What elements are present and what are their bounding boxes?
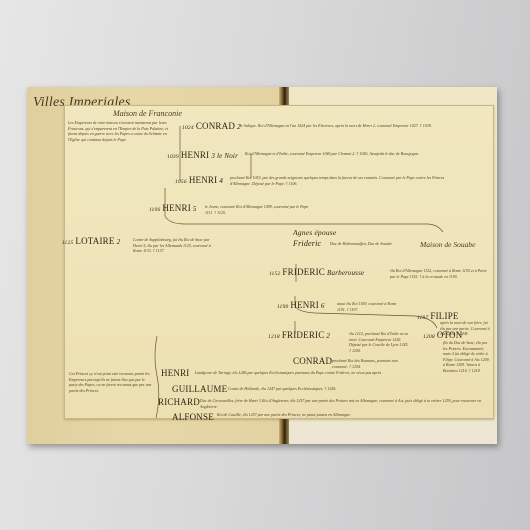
entry-henri-4: 1056HENRI4 (175, 175, 223, 185)
agnes-label: Agnes épouse (293, 228, 336, 237)
intro-note: Les Empereurs de cette maison s'estoient… (68, 120, 176, 142)
entry-henri-6: 1190HENRI6 (277, 300, 325, 310)
contested-alfonse-note: Roi de Castille, élu 1257 par une partie… (217, 412, 487, 418)
entry-lotaire: 1125LOTAIRE2 (62, 236, 120, 246)
contested-note: Ces Princes cy n'ont point esté reconnus… (69, 371, 153, 393)
entry-oton: 1208OTON (423, 330, 462, 340)
genealogy-sheet: Maison de Franconie Les Empereurs de cet… (64, 105, 494, 419)
entry-frideric-barberousse-note: élu Roi d'Allemagne 1152, couronné à Rom… (390, 268, 490, 279)
contested-guillaume-note: Comte de Hollande, élu 1247 par quelques… (228, 386, 488, 392)
entry-frideric-souabe: Frideric (293, 239, 321, 248)
entry-henri-6-note: aussi élu Roi 1169, couronné à Rome 1191… (337, 301, 403, 312)
contested-henri-note: Landgrave de Turinge, élu 1246 par quelq… (195, 370, 490, 376)
entry-conrad-2: 1024CONRAD2 (182, 121, 241, 131)
entry-henri-4-note: proclamé Roi 1053, par des grands seigne… (230, 175, 460, 186)
entry-conrad-2-note: le Salique. Roi d'Allemagne en l'an 1024… (240, 123, 488, 129)
entry-lotaire-note: Comte de Supplinbourg, fut élu Roi de Sa… (133, 237, 211, 254)
entry-frideric-2-note: élu 1212, proclamé Roi d'Italie en sa mo… (349, 331, 411, 353)
entry-henri-5-note: le Jeune, couronné Roi d'Allemagne 1099,… (205, 204, 315, 215)
contested-alfonse: ALFONSE (172, 412, 214, 422)
entry-frideric-souabe-note: Duc de Hohenstauffen, Duc de Souabe (330, 241, 410, 247)
entry-conrad-4: CONRAD (293, 356, 332, 366)
poster: Villes Imperiales Maison de Franconie Le… (27, 87, 497, 444)
entry-conrad-4-note: proclamé Roi des Romains, pourtant non c… (332, 358, 412, 369)
entry-henri-5: 1106HENRI5 (149, 203, 197, 213)
entry-oton-note: fils du Duc de Saxe, élu par les Princes… (443, 340, 491, 373)
contested-henri: HENRI (161, 368, 190, 378)
contested-guillaume: GUILLAUME (172, 384, 227, 394)
house-souabe-label: Maison de Souabe (420, 240, 475, 249)
contested-richard-note: Duc de Cornouailles, frère de Henri 3 Ro… (200, 398, 490, 409)
entry-henri-3: 1039HENRI3 le Noir (167, 150, 238, 160)
entry-frideric-barberousse: 1152FRIDERICBarberousse (269, 267, 364, 277)
house-franconie-label: Maison de Franconie (113, 109, 182, 118)
entry-frideric-2: 1218FRIDERIC2 (268, 330, 330, 340)
paper-strip (289, 417, 497, 444)
contested-richard: RICHARD (158, 397, 200, 407)
entry-henri-3-note: Roi d'Allemagne et d'Italie, couronné Em… (245, 151, 475, 157)
